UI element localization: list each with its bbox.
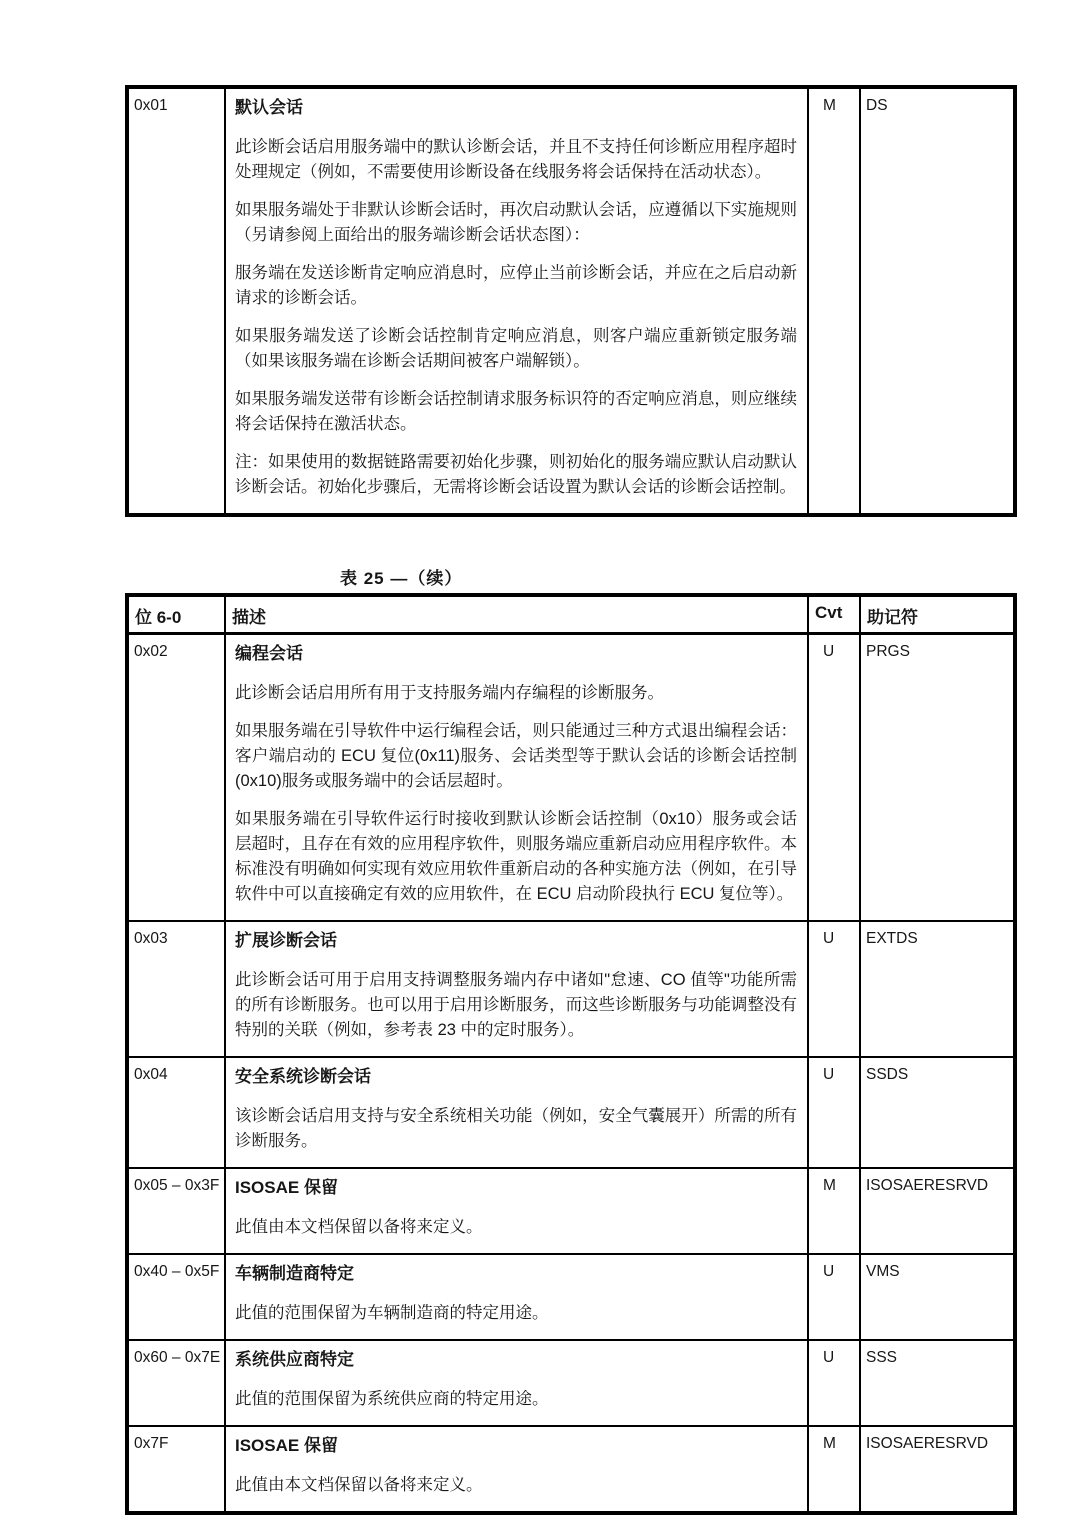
table-row: 0x03 扩展诊断会话 此诊断会话可用于启用支持调整服务端内存中诸如"怠速、CO… [127,921,1015,1057]
bit-range-cell: 0x60 – 0x7E [127,1340,225,1426]
mnemonic-cell: ISOSAERESRVD [860,1426,1015,1513]
mnemonic-cell: PRGS [860,634,1015,922]
description-paragraph: 注：如果使用的数据链路需要初始化步骤，则初始化的服务端应默认启动默认诊断会话。初… [235,450,797,500]
bit-range-cell: 0x03 [127,921,225,1057]
description-paragraph: 如果服务端发送了诊断会话控制肯定响应消息，则客户端应重新锁定服务端（如果该服务端… [235,324,797,374]
description-cell: 扩展诊断会话 此诊断会话可用于启用支持调整服务端内存中诸如"怠速、CO 值等"功… [225,921,808,1057]
cvt-cell: U [808,921,860,1057]
session-table-continued-top: 0x01 默认会话 此诊断会话启用服务端中的默认诊断会话，并且不支持任何诊断应用… [125,85,1017,517]
mnemonic-cell: DS [860,87,1015,515]
cvt-cell: U [808,634,860,922]
header-description: 描述 [225,595,808,634]
cvt-cell: M [808,1168,860,1254]
description-paragraph: 此值的范围保留为车辆制造商的特定用途。 [235,1301,797,1326]
description-cell: 默认会话 此诊断会话启用服务端中的默认诊断会话，并且不支持任何诊断应用程序超时处… [225,87,808,515]
table-caption: 表 25 —（续） [340,564,462,589]
session-table-continued: 位 6-0 描述 Cvt 助记符 0x02 编程会话 此诊断会话启用所有用于支持… [125,593,1017,1515]
table-row: 0x7F ISOSAE 保留 此值由本文档保留以备将来定义。 M ISOSAER… [127,1426,1015,1513]
table-row: 0x01 默认会话 此诊断会话启用服务端中的默认诊断会话，并且不支持任何诊断应用… [127,87,1015,515]
bit-range-cell: 0x01 [127,87,225,515]
header-mnemonic: 助记符 [860,595,1015,634]
description-paragraph: 该诊断会话启用支持与安全系统相关功能（例如，安全气囊展开）所需的所有诊断服务。 [235,1104,797,1154]
table-row: 0x05 – 0x3F ISOSAE 保留 此值由本文档保留以备将来定义。 M … [127,1168,1015,1254]
session-title: 默认会话 [235,95,797,120]
description-cell: 车辆制造商特定 此值的范围保留为车辆制造商的特定用途。 [225,1254,808,1340]
description-paragraph: 此诊断会话启用服务端中的默认诊断会话，并且不支持任何诊断应用程序超时处理规定（例… [235,135,797,185]
description-paragraph: 服务端在发送诊断肯定响应消息时，应停止当前诊断会话，并应在之后启动新请求的诊断会… [235,261,797,311]
header-bits: 位 6-0 [127,595,225,634]
cvt-cell: U [808,1340,860,1426]
session-title: 扩展诊断会话 [235,928,797,953]
description-paragraph: 此值由本文档保留以备将来定义。 [235,1215,797,1240]
session-title: 安全系统诊断会话 [235,1064,797,1089]
cvt-cell: U [808,1057,860,1168]
bit-range-cell: 0x05 – 0x3F [127,1168,225,1254]
mnemonic-cell: SSDS [860,1057,1015,1168]
description-paragraph: 此值的范围保留为系统供应商的特定用途。 [235,1387,797,1412]
table-row: 0x02 编程会话 此诊断会话启用所有用于支持服务端内存编程的诊断服务。如果服务… [127,634,1015,922]
description-cell: ISOSAE 保留 此值由本文档保留以备将来定义。 [225,1426,808,1513]
table-row: 0x40 – 0x5F 车辆制造商特定 此值的范围保留为车辆制造商的特定用途。 … [127,1254,1015,1340]
header-row: 位 6-0 描述 Cvt 助记符 [127,595,1015,634]
session-title: 编程会话 [235,641,797,666]
cvt-cell: U [808,1254,860,1340]
mnemonic-cell: VMS [860,1254,1015,1340]
description-paragraph: 如果服务端在引导软件中运行编程会话，则只能通过三种方式退出编程会话：客户端启动的… [235,719,797,794]
table-row: 0x04 安全系统诊断会话 该诊断会话启用支持与安全系统相关功能（例如，安全气囊… [127,1057,1015,1168]
description-paragraph: 如果服务端发送带有诊断会话控制请求服务标识符的否定响应消息，则应继续将会话保持在… [235,387,797,437]
session-title: 系统供应商特定 [235,1347,797,1372]
description-paragraph: 如果服务端在引导软件运行时接收到默认诊断会话控制（0x10）服务或会话层超时，且… [235,807,797,907]
description-paragraph: 此诊断会话可用于启用支持调整服务端内存中诸如"怠速、CO 值等"功能所需的所有诊… [235,968,797,1043]
bit-range-cell: 0x04 [127,1057,225,1168]
bit-range-cell: 0x7F [127,1426,225,1513]
mnemonic-cell: SSS [860,1340,1015,1426]
session-title: ISOSAE 保留 [235,1175,797,1200]
description-cell: 安全系统诊断会话 该诊断会话启用支持与安全系统相关功能（例如，安全气囊展开）所需… [225,1057,808,1168]
cvt-cell: M [808,87,860,515]
session-title: 车辆制造商特定 [235,1261,797,1286]
header-cvt: Cvt [808,595,860,634]
description-paragraph: 如果服务端处于非默认诊断会话时，再次启动默认会话，应遵循以下实施规则（另请参阅上… [235,198,797,248]
description-paragraph: 此诊断会话启用所有用于支持服务端内存编程的诊断服务。 [235,681,797,706]
table-row: 0x60 – 0x7E 系统供应商特定 此值的范围保留为系统供应商的特定用途。 … [127,1340,1015,1426]
description-cell: ISOSAE 保留 此值由本文档保留以备将来定义。 [225,1168,808,1254]
bit-range-cell: 0x40 – 0x5F [127,1254,225,1340]
description-paragraph: 此值由本文档保留以备将来定义。 [235,1473,797,1498]
mnemonic-cell: EXTDS [860,921,1015,1057]
description-cell: 编程会话 此诊断会话启用所有用于支持服务端内存编程的诊断服务。如果服务端在引导软… [225,634,808,922]
bit-range-cell: 0x02 [127,634,225,922]
cvt-cell: M [808,1426,860,1513]
description-cell: 系统供应商特定 此值的范围保留为系统供应商的特定用途。 [225,1340,808,1426]
mnemonic-cell: ISOSAERESRVD [860,1168,1015,1254]
document-page: { "page": { "background": "#ffffff", "te… [0,0,1080,1528]
session-title: ISOSAE 保留 [235,1433,797,1458]
